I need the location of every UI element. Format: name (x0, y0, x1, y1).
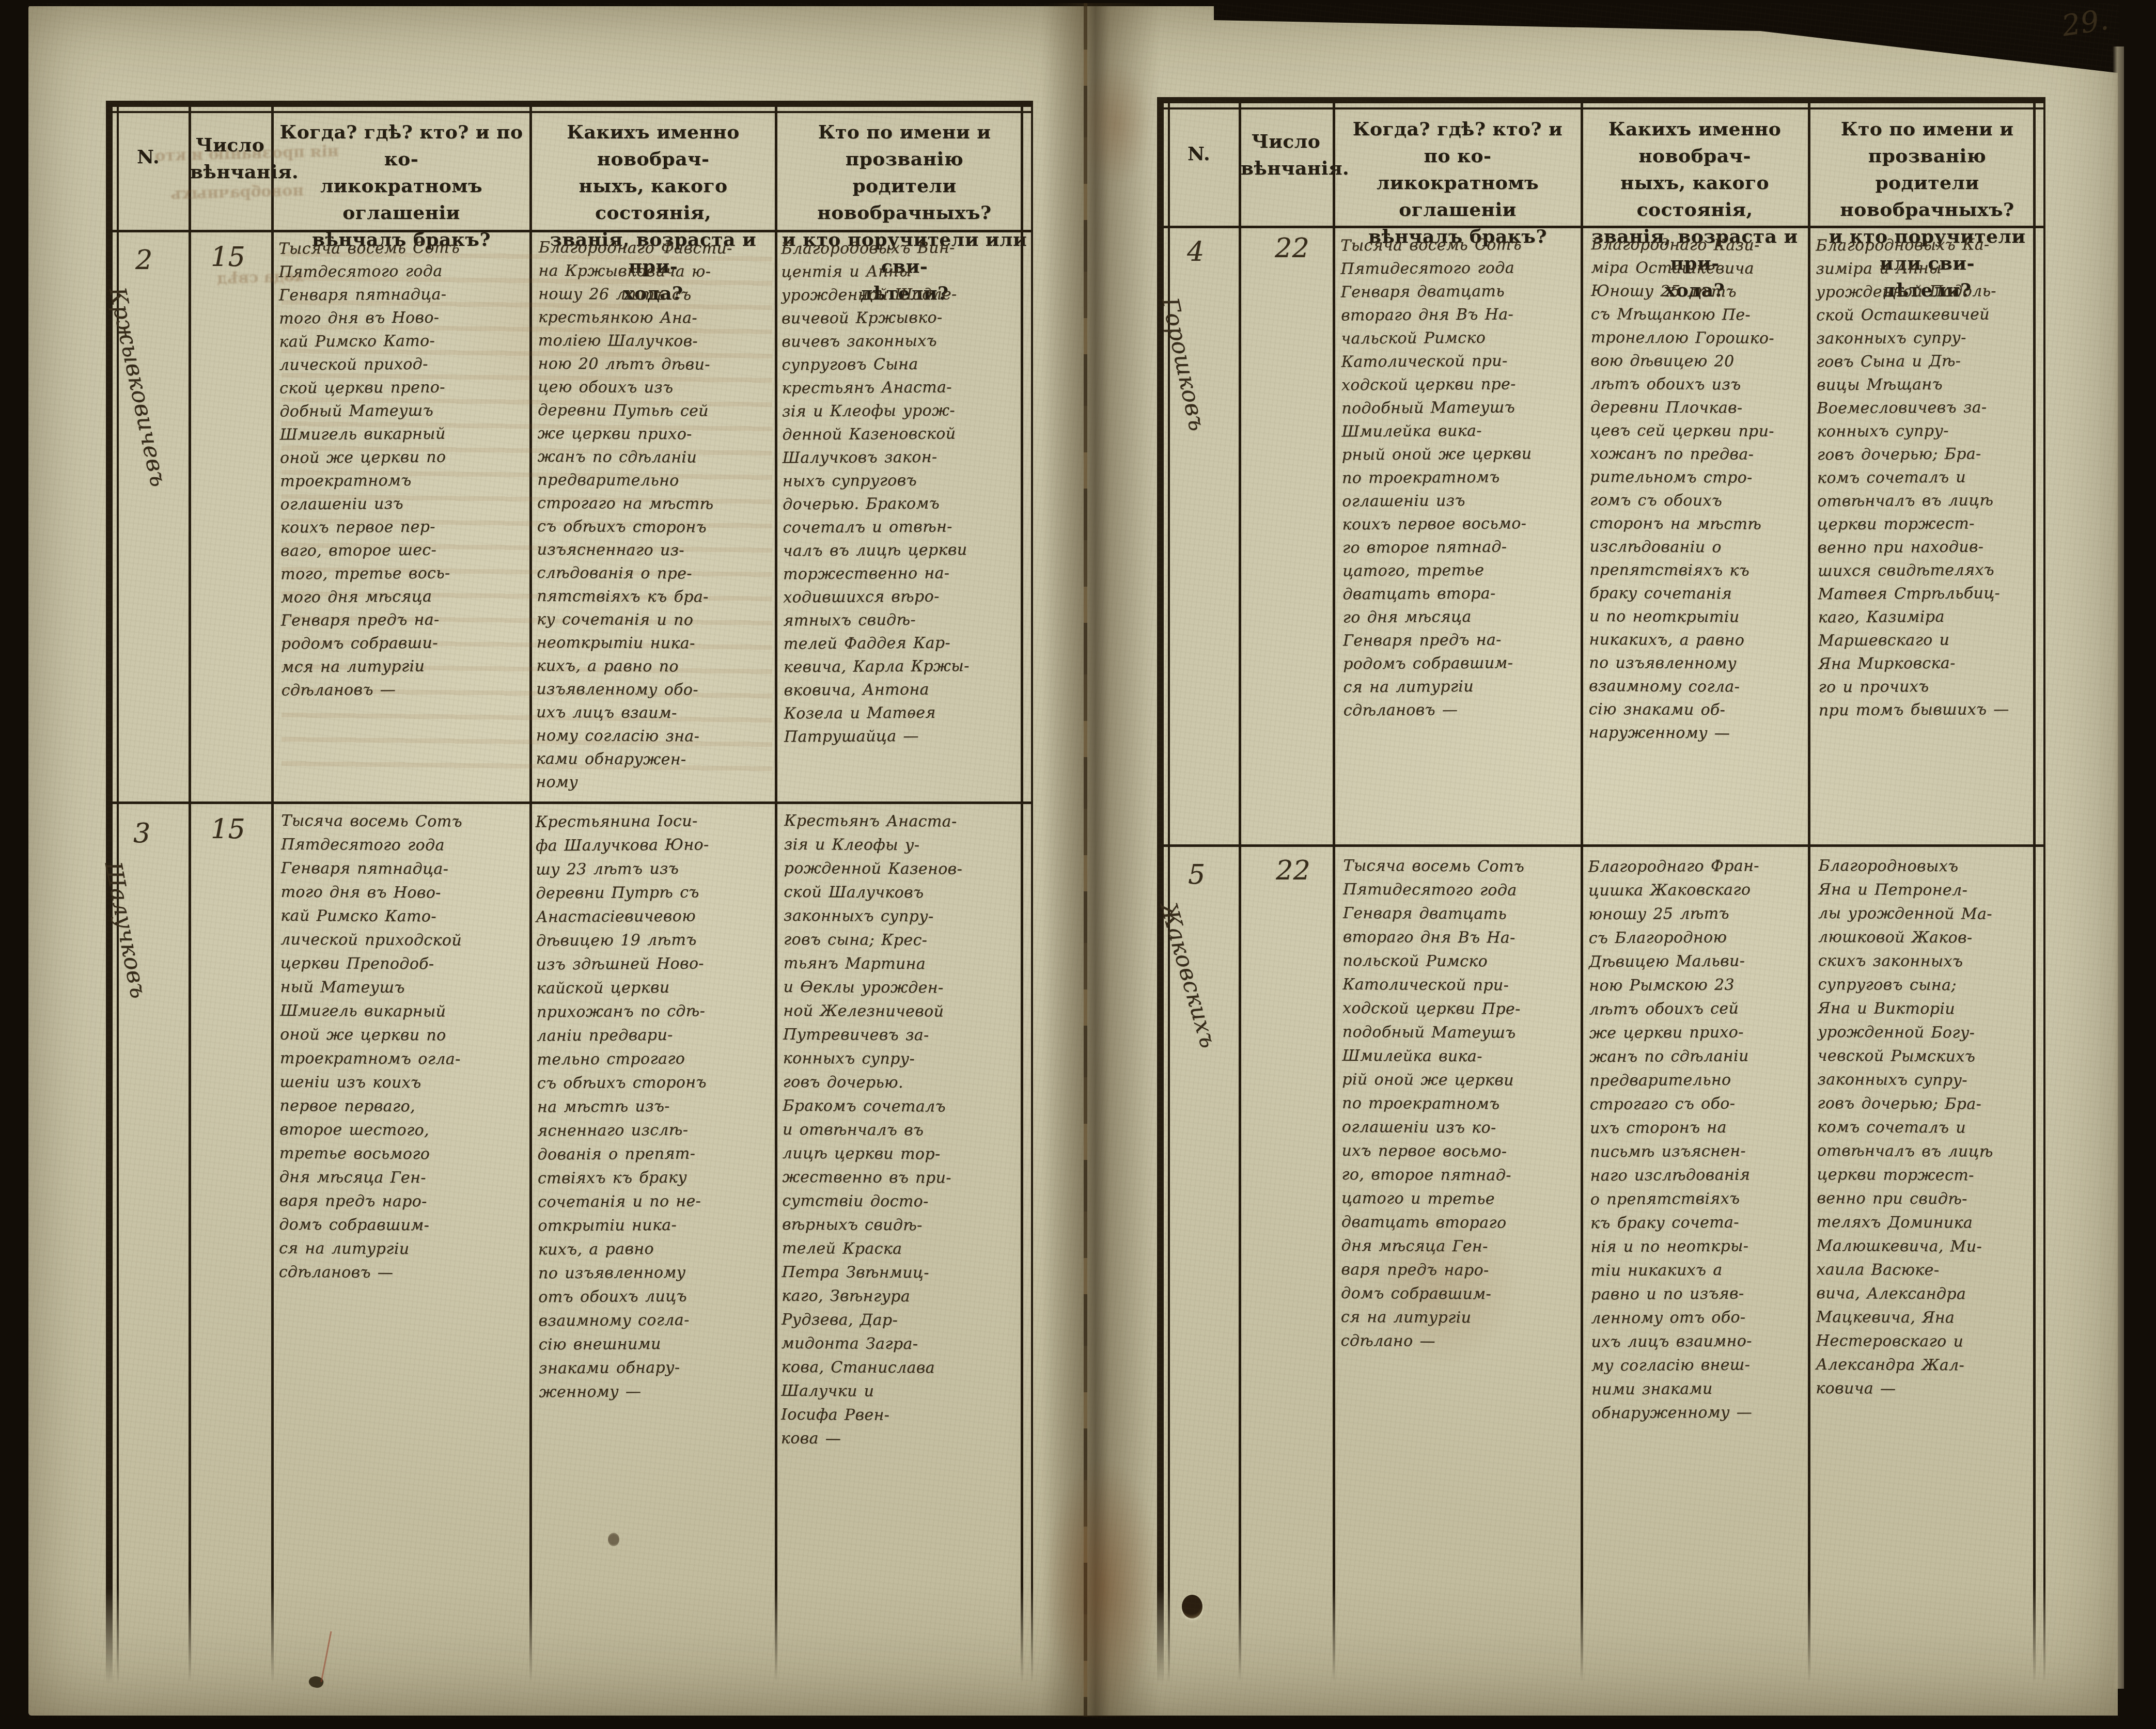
table-rule-col3 (1581, 97, 1583, 1683)
header-date: Число вѣнчанія. (1241, 128, 1331, 182)
header-when: Когда? гдѣ? кто? и по ко- ликократномъ о… (1336, 116, 1579, 250)
cell-who: Крестьянина Іоси- фа Шалучкова Юно- шу 2… (535, 809, 771, 1405)
table-rule-col3 (529, 101, 532, 1683)
table-rule-row-separator (106, 801, 1033, 804)
wedding-day: 15 (211, 816, 245, 843)
table-rule-col1 (189, 101, 191, 1683)
cell-who: Благороднаго Фавсти- на Кржывковича ю- н… (536, 236, 771, 795)
table-rule-right-b (2043, 97, 2045, 1683)
left-black-margin (0, 0, 28, 1729)
cell-parents: Благородовыхъ Вин- центія и Анны урожден… (781, 236, 1024, 749)
table-rule-right-b (1031, 101, 1033, 1683)
header-when: Когда? гдѣ? кто? и по ко- ликократномъ о… (275, 119, 528, 253)
small-hole (608, 1533, 619, 1546)
header-n: N. (1160, 140, 1238, 167)
table-rule-col2 (271, 101, 274, 1683)
table-rule-col1 (1239, 97, 1241, 1683)
cell-parents: Благородновыхъ Ка- зиміра и Анны урожден… (1816, 233, 2041, 722)
header-date: Число вѣнчанія. (190, 132, 270, 185)
top-black-margin (0, 0, 1240, 6)
cell-who: Благороднаго Фран- цишка Жаковскаго юнош… (1588, 854, 1803, 1425)
worm-hole (1182, 1595, 1202, 1618)
table-rule-top-heavy (106, 101, 1033, 107)
cell-parents: Крестьянъ Анаста- зія и Клеофы у- рожден… (781, 809, 1024, 1452)
table-rule-top-heavy (1157, 97, 2045, 103)
record-number: 2 (135, 247, 152, 274)
wedding-day: 22 (1275, 235, 1309, 262)
table-rule-col2 (1333, 97, 1335, 1683)
register-scan: 29. нія прозванію и кто новобрачныхъ ход… (0, 0, 2156, 1729)
bottom-black-margin (0, 1716, 2156, 1729)
cell-parents: Благородновыхъ Яна и Петронел- лы урожде… (1816, 854, 2041, 1402)
table-rule-col4 (775, 101, 777, 1683)
cell-when: Тысяча восемь Сотъ Пятидесятого года Ген… (1340, 854, 1576, 1354)
record-number: 4 (1187, 239, 1204, 265)
table-rule-top-thin (106, 111, 1033, 113)
table-rule-col4 (1808, 97, 1810, 1683)
table-rule-top-thin (1157, 107, 2045, 109)
record-number: 5 (1188, 861, 1205, 888)
cell-when: Тысяча восемь Сотъ Пятдесятого года Генв… (279, 809, 525, 1285)
record-number: 3 (133, 820, 150, 847)
wedding-day: 15 (211, 244, 245, 271)
table-rule-left-heavy (1157, 97, 1164, 1684)
table-rule-row-separator (1157, 844, 2045, 847)
cell-when: Тысяча восемь Сотъ Пятдесятого года Генв… (278, 236, 525, 702)
cell-who: Благороднаго Кази- міра Осташкевича Юнош… (1588, 233, 1802, 745)
header-n: N. (110, 144, 187, 170)
folio-number: 29. (2060, 8, 2110, 39)
page-stack-edge (2113, 46, 2124, 1689)
cell-when: Тысяча восемь Сотъ Пятидесятого года Ген… (1340, 233, 1577, 722)
wedding-day: 22 (1276, 857, 1310, 884)
binding-stitch (1084, 3, 1087, 1717)
